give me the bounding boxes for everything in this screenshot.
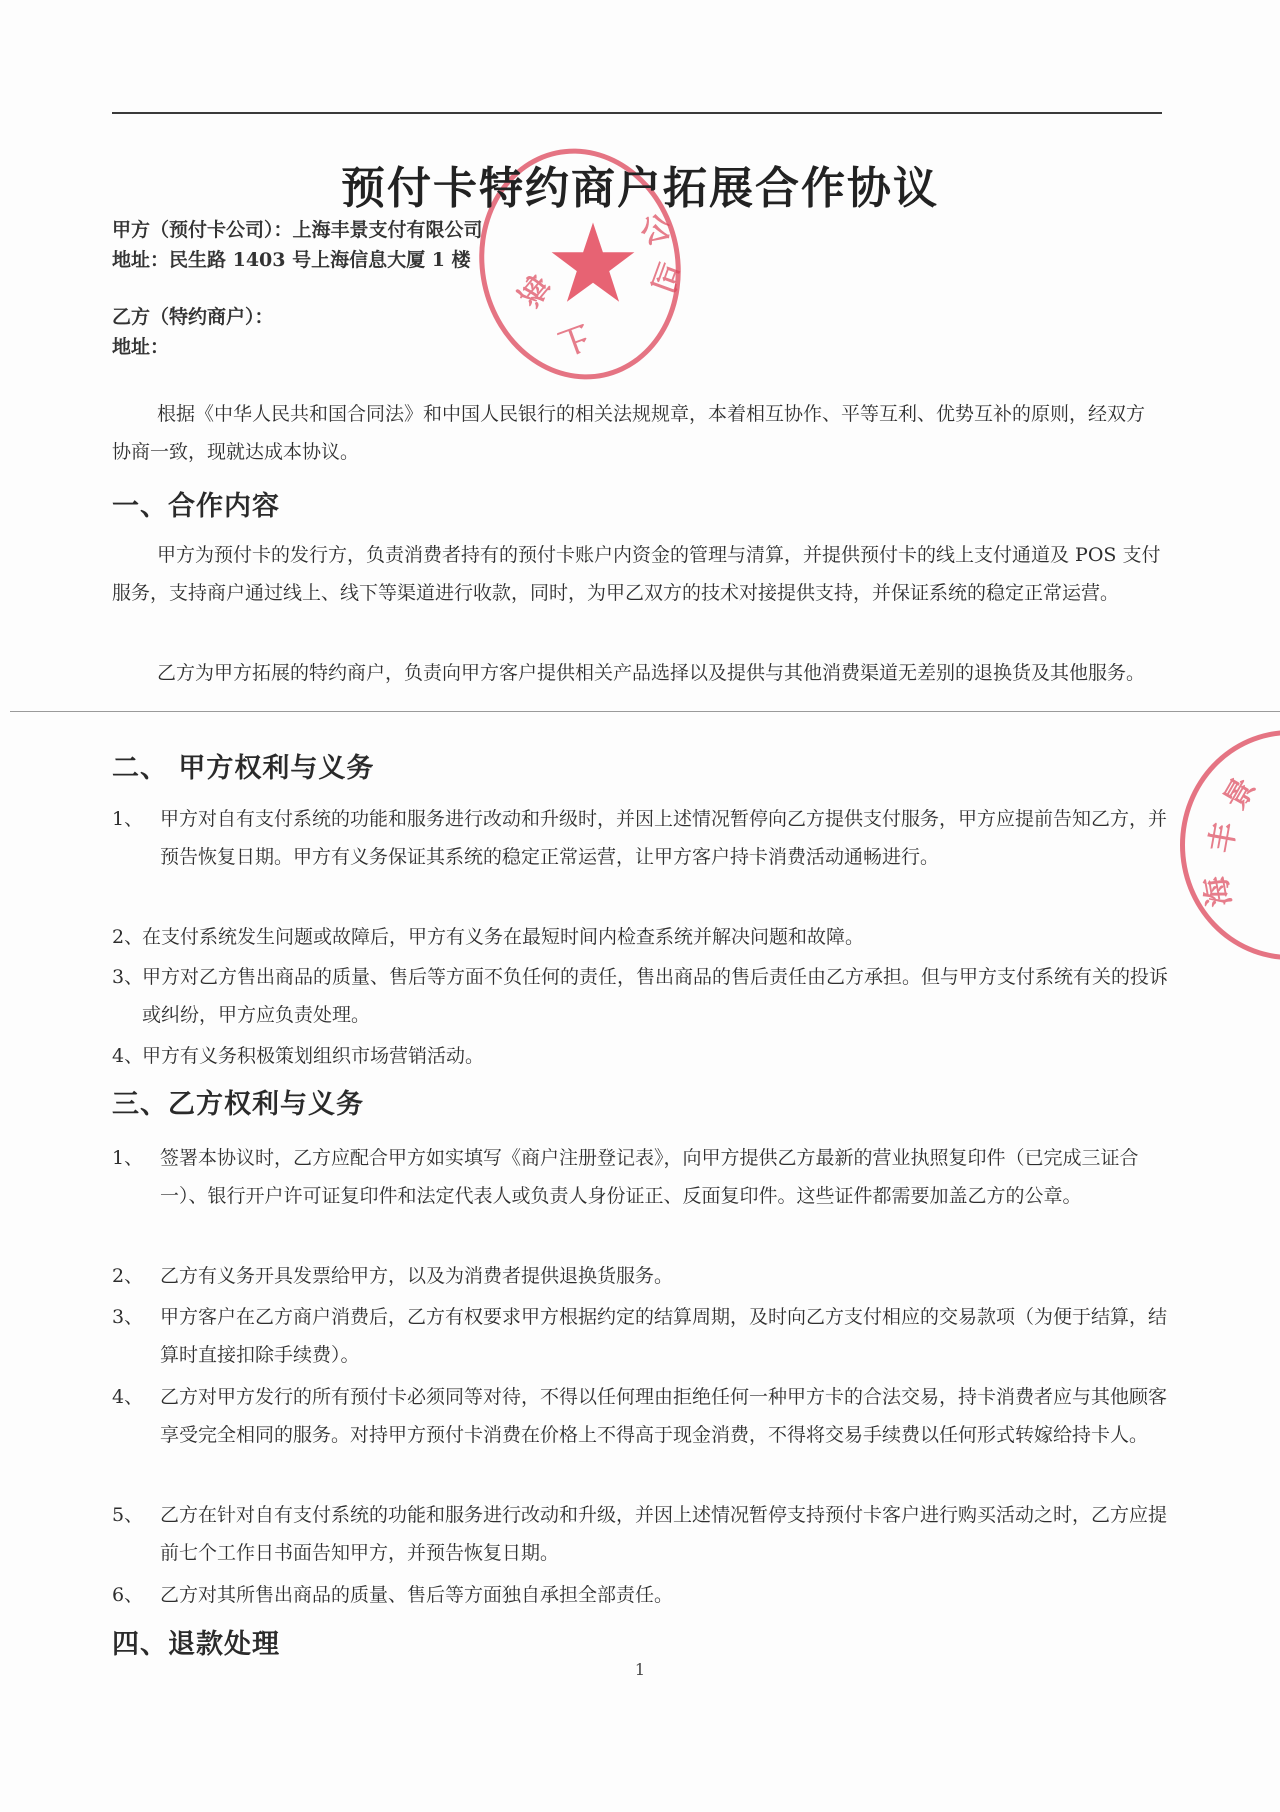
list-item: 4、 乙方对甲方发行的所有预付卡必须同等对待，不得以任何理由拒绝任何一种甲方卡的… [112,1378,1172,1454]
list-item: 4、 甲方有义务积极策划组织市场营销活动。 [112,1037,1172,1075]
header-rule [112,112,1162,114]
section-heading: 一、合作内容 [112,484,280,523]
list-item: 3、 甲方客户在乙方商户消费后，乙方有权要求甲方根据约定的结算周期，及时向乙方支… [112,1298,1172,1374]
section-heading: 二、 甲方权利与义务 [112,746,374,785]
list-item: 3、 甲方对乙方售出商品的质量、售后等方面不负任何的责任，售出商品的售后责任由乙… [112,958,1172,1034]
party-a-address: 地址：民生路 1403 号上海信息大厦 1 楼 [112,245,471,275]
section-heading: 四、退款处理 [112,1622,280,1661]
list-item: 5、 乙方在针对自有支付系统的功能和服务进行改动和升级，并因上述情况暂停支持预付… [112,1496,1172,1572]
list-item: 6、 乙方对其所售出商品的质量、售后等方面独自承担全部责任。 [112,1576,1172,1614]
list-item: 1、 签署本协议时，乙方应配合甲方如实填写《商户注册登记表》，向甲方提供乙方最新… [112,1139,1172,1215]
list-item: 2、 乙方有义务开具发票给甲方，以及为消费者提供退换货服务。 [112,1257,1172,1295]
party-b-address: 地址： [112,332,169,362]
section-paragraph: 甲方为预付卡的发行方，负责消费者持有的预付卡账户内资金的管理与清算，并提供预付卡… [112,536,1162,612]
list-item: 2、 在支付系统发生问题或故障后，甲方有义务在最短时间内检查系统并解决问题和故障… [112,918,1172,956]
section-heading: 三、乙方权利与义务 [112,1082,364,1121]
preamble-paragraph: 根据《中华人民共和国合同法》和中国人民银行的相关法规规章，本着相互协作、平等互利… [112,395,1162,471]
party-b-name: 乙方（特约商户）： [112,302,274,332]
document-page: 公 司 上 海 景 丰 海 预付卡特约商户拓展合作协议 甲方（预付卡公司）：上海… [0,0,1280,1812]
party-a-name: 甲方（预付卡公司）：上海丰景支付有限公司 [112,215,483,245]
list-item: 1、 甲方对自有支付系统的功能和服务进行改动和升级时，并因上述情况暂停向乙方提供… [112,800,1172,876]
scan-fold-line [10,711,1280,712]
page-number: 1 [0,1660,1280,1679]
document-title: 预付卡特约商户拓展合作协议 [0,152,1280,216]
section-paragraph: 乙方为甲方拓展的特约商户，负责向甲方客户提供相关产品选择以及提供与其他消费渠道无… [112,654,1162,692]
